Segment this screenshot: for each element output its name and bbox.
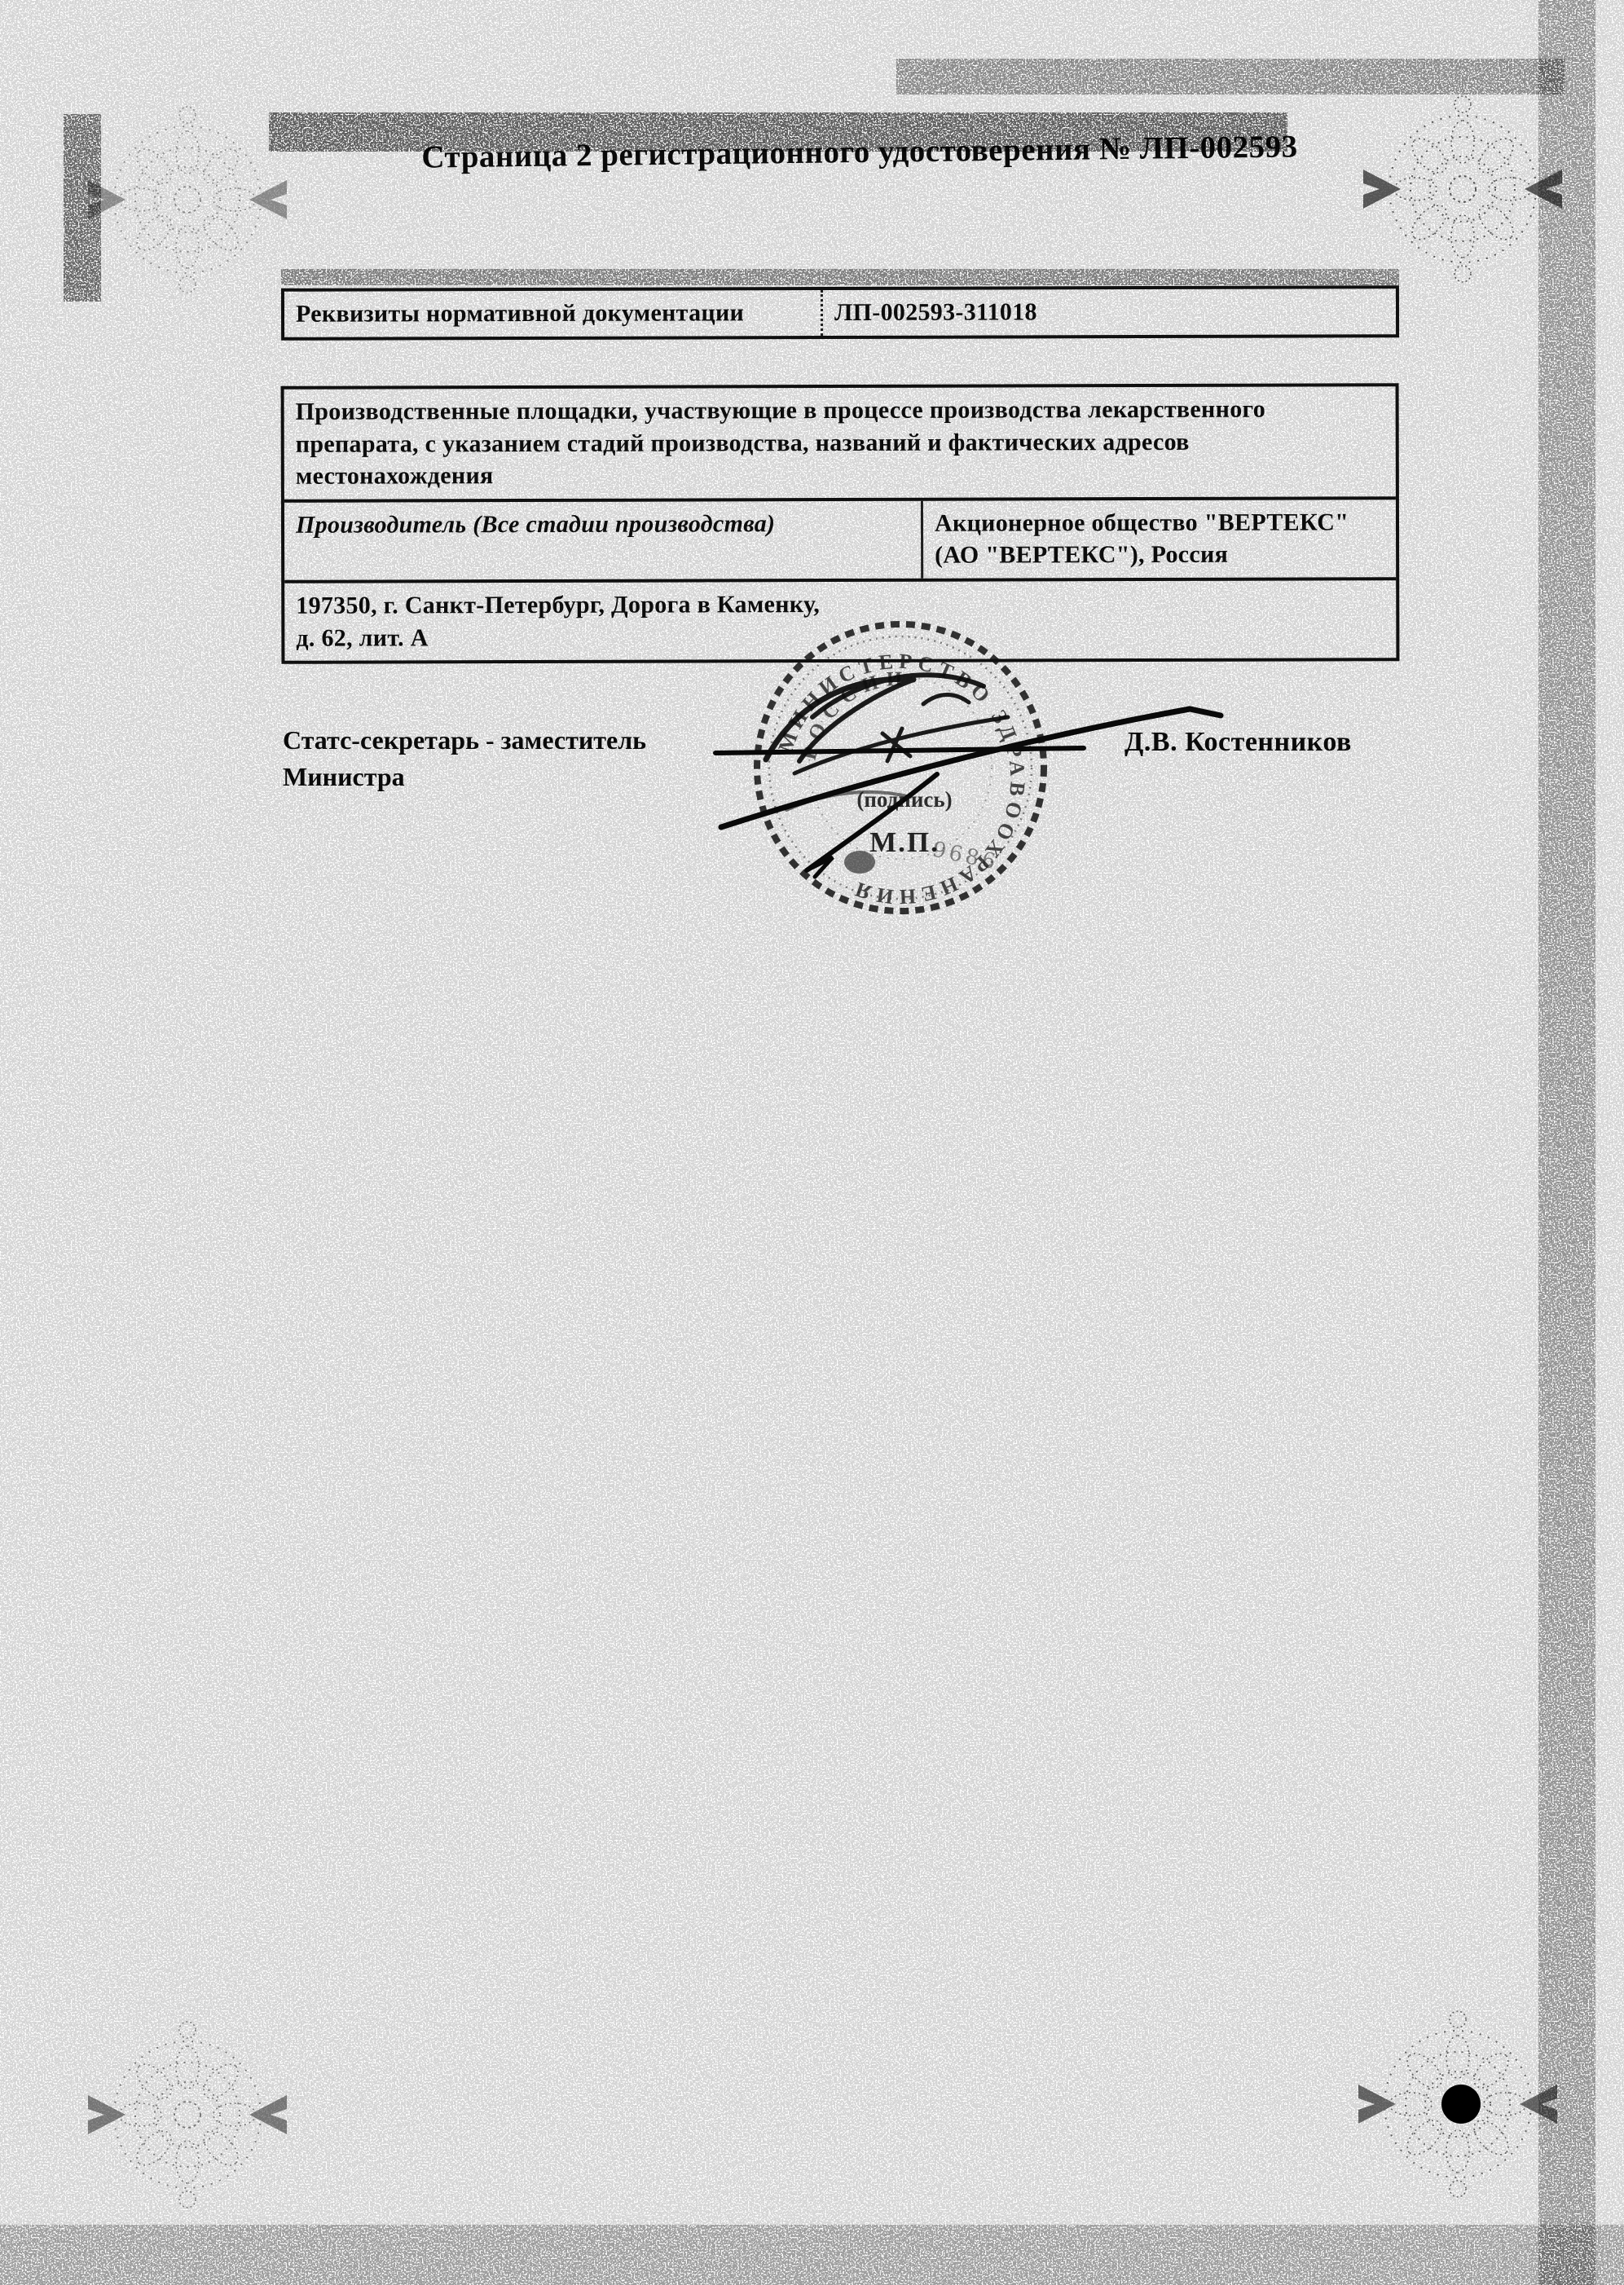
production-table-header-row: Производственные площадки, участвующие в… — [284, 386, 1396, 499]
signature-caption: (подпись) — [815, 787, 994, 812]
producer-value-cell: Акционерное общество "ВЕРТЕКС" (АО "ВЕРТ… — [921, 500, 1396, 579]
normative-docs-table: Реквизиты нормативной документации ЛП-00… — [281, 285, 1399, 340]
seal-placeholder-caption: М.П. — [815, 826, 994, 859]
signatory-name: Д.В. Костенников — [1124, 727, 1352, 758]
scan-noise-layer — [0, 0, 1624, 2285]
signature-line — [715, 748, 1084, 753]
normative-docs-label: Реквизиты нормативной документации — [284, 290, 821, 337]
black-dot-marker — [1441, 2085, 1481, 2124]
scanned-certificate-page: { "page": { "title": "Страница 2 регистр… — [0, 0, 1624, 2285]
signature-overlay — [693, 652, 1263, 896]
role-line2: Министра — [283, 759, 646, 795]
producer-value-line2: (АО "ВЕРТЕКС"), Россия — [935, 539, 1384, 572]
normative-docs-row: Реквизиты нормативной документации ЛП-00… — [284, 288, 1396, 337]
rosette-bottom-left — [88, 2022, 287, 2208]
page-title: Страница 2 регистрационного удостоверени… — [342, 127, 1377, 177]
normative-docs-value: ЛП-002593-311018 — [821, 288, 1396, 335]
signatory-role: Статс-секретарь - заместитель Министра — [283, 722, 646, 796]
role-line1: Статс-секретарь - заместитель — [283, 722, 646, 759]
producer-label-cell: Производитель (Все стадии производства) — [284, 501, 921, 580]
producer-value-line1: Акционерное общество "ВЕРТЕКС" — [935, 506, 1384, 539]
producer-row: Производитель (Все стадии производства) … — [284, 496, 1396, 580]
guilloche-watermark-layer — [0, 0, 1624, 2285]
production-table-header: Производственные площадки, участвующие в… — [284, 386, 1396, 499]
rosette-top-right — [1363, 96, 1562, 282]
rosette-top-left — [88, 107, 287, 293]
